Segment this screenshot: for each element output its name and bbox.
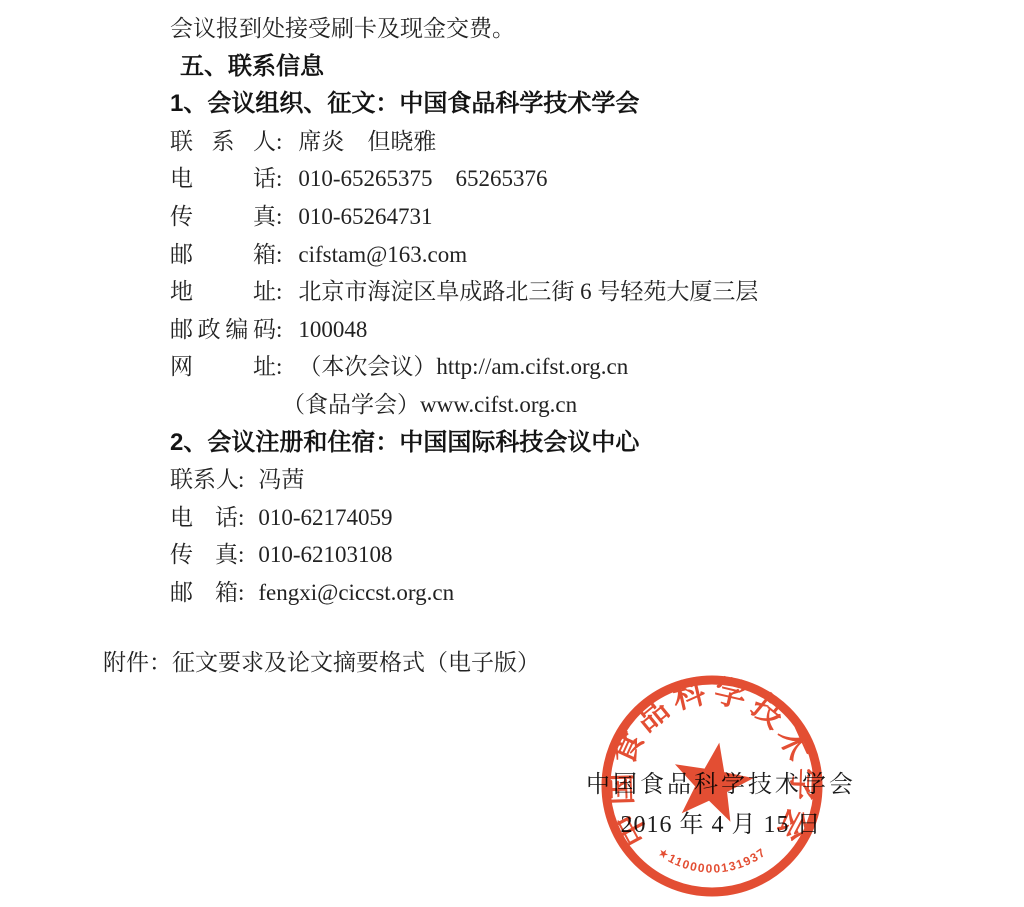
row-colon: :	[276, 160, 282, 198]
signature-block: 中国食品科学技术学会 2016 年 4 月 15 日	[583, 765, 859, 845]
contact-row: 传真:010-62103108	[170, 536, 890, 574]
row-colon: :	[276, 273, 282, 311]
contact-row: 联系人:席炎 但晓雅	[170, 123, 890, 161]
row-value: 010-62103108	[258, 542, 392, 567]
contact-info-section: 会议报到处接受刷卡及现金交费。 五、联系信息 1、会议组织、征文：中国食品科学技…	[170, 10, 890, 612]
document-page: 会议报到处接受刷卡及现金交费。 五、联系信息 1、会议组织、征文：中国食品科学技…	[0, 0, 1024, 907]
row-value: 010-62174059	[258, 505, 392, 530]
row-value: 010-65264731	[298, 204, 432, 229]
row-label: 传真	[170, 536, 238, 574]
row-label: 邮政编码	[170, 311, 276, 349]
signature-date: 2016 年 4 月 15 日	[583, 805, 859, 845]
contact-row: 邮箱:fengxi@ciccst.org.cn	[170, 574, 890, 612]
row-label: 电话	[170, 160, 276, 198]
row-label: 邮箱	[170, 236, 276, 274]
row-label: 传真	[170, 198, 276, 236]
row-colon: :	[276, 311, 282, 349]
row-label: 电话	[170, 499, 238, 537]
block1-heading: 1、会议组织、征文：中国食品科学技术学会	[170, 85, 890, 123]
row-colon: :	[238, 461, 244, 499]
intro-line: 会议报到处接受刷卡及现金交费。	[170, 10, 890, 48]
row-value: （本次会议）http://am.cifst.org.cn	[298, 354, 628, 379]
row-value: cifstam@163.com	[298, 242, 467, 267]
row-colon: :	[276, 348, 282, 386]
row-value: 010-65265375 65265376	[298, 166, 547, 191]
contact-row: 网址:（本次会议）http://am.cifst.org.cn	[170, 348, 890, 386]
signature-organization: 中国食品科学技术学会	[583, 765, 859, 805]
row-label: 联系人	[170, 123, 276, 161]
row-label: 邮箱	[170, 574, 238, 612]
contact-row: 传真:010-65264731	[170, 198, 890, 236]
contact-row: 电话:010-65265375 65265376	[170, 160, 890, 198]
row-colon: :	[238, 499, 244, 537]
seal-serial-container: ★1100000131937	[655, 845, 769, 876]
attachment-note: 附件：征文要求及论文摘要格式（电子版）	[103, 648, 540, 678]
row-colon: :	[238, 574, 244, 612]
row-value: 冯茜	[258, 467, 304, 492]
row-value: 100048	[298, 317, 367, 342]
row-colon: :	[276, 123, 282, 161]
contact-row: 邮政编码:100048	[170, 311, 890, 349]
row-colon: :	[238, 536, 244, 574]
row-value: fengxi@ciccst.org.cn	[258, 580, 454, 605]
website-line2: （食品学会）www.cifst.org.cn	[170, 386, 890, 424]
row-label: 地址	[170, 273, 276, 311]
row-label: 网址	[170, 348, 276, 386]
seal-serial-number: ★1100000131937	[655, 845, 769, 876]
row-colon: :	[276, 198, 282, 236]
row-value: 北京市海淀区阜成路北三街 6 号轻苑大厦三层	[298, 279, 758, 304]
contact-row: 邮箱:cifstam@163.com	[170, 236, 890, 274]
section-title: 五、联系信息	[170, 48, 890, 86]
row-value: 席炎 但晓雅	[298, 129, 436, 154]
row-label: 联系人	[170, 461, 238, 499]
contact-row: 电话:010-62174059	[170, 499, 890, 537]
contact-row: 联系人:冯茜	[170, 461, 890, 499]
row-colon: :	[276, 236, 282, 274]
block2-heading: 2、会议注册和住宿：中国国际科技会议中心	[170, 424, 890, 462]
contact-row: 地址:北京市海淀区阜成路北三街 6 号轻苑大厦三层	[170, 273, 890, 311]
